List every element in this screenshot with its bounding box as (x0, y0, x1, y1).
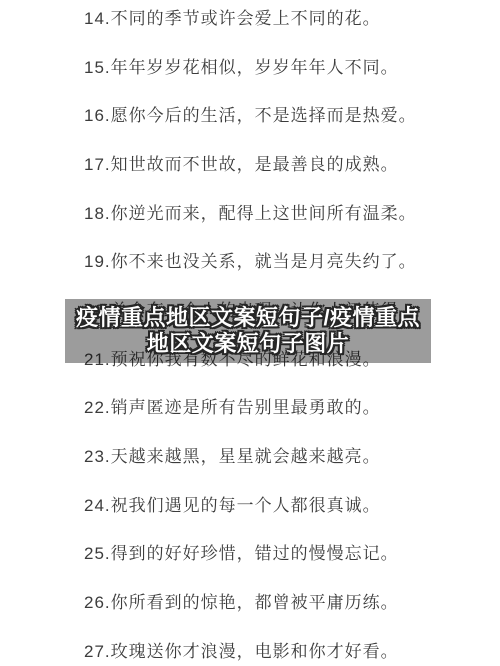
quote-line: 25.得到的好好珍惜，错过的慢慢忘记。 (84, 528, 500, 577)
overlay-title: 疫情重点地区文案短句子/疫情重点地区文案短句子图片 (65, 305, 431, 357)
quote-line: 19.你不来也没关系，就当是月亮失约了。 (84, 235, 500, 284)
quote-line: 14.不同的季节或许会爱上不同的花。 (84, 0, 500, 41)
overlay-banner[interactable]: 疫情重点地区文案短句子/疫情重点地区文案短句子图片 (65, 299, 431, 363)
quote-line: 23.天越来越黑，星星就会越来越亮。 (84, 430, 500, 479)
article-page: 14.不同的季节或许会爱上不同的花。 15.年年岁岁花相似，岁岁年年人不同。 1… (0, 0, 500, 666)
quote-line: 17.知世故而不世故，是最善良的成熟。 (84, 138, 500, 187)
quote-line: 24.祝我们遇见的每一个人都很真诚。 (84, 479, 500, 528)
quote-line: 16.愿你今后的生活，不是选择而是热爱。 (84, 89, 500, 138)
quote-line: 15.年年岁岁花相似，岁岁年年人不同。 (84, 41, 500, 90)
quote-line: 26.你所看到的惊艳，都曾被平庸历练。 (84, 576, 500, 625)
quote-line: 27.玫瑰送你才浪漫，电影和你才好看。 (84, 625, 500, 666)
quote-line: 18.你逆光而来，配得上这世间所有温柔。 (84, 187, 500, 236)
quote-line: 22.销声匿迹是所有告别里最勇敢的。 (84, 382, 500, 431)
